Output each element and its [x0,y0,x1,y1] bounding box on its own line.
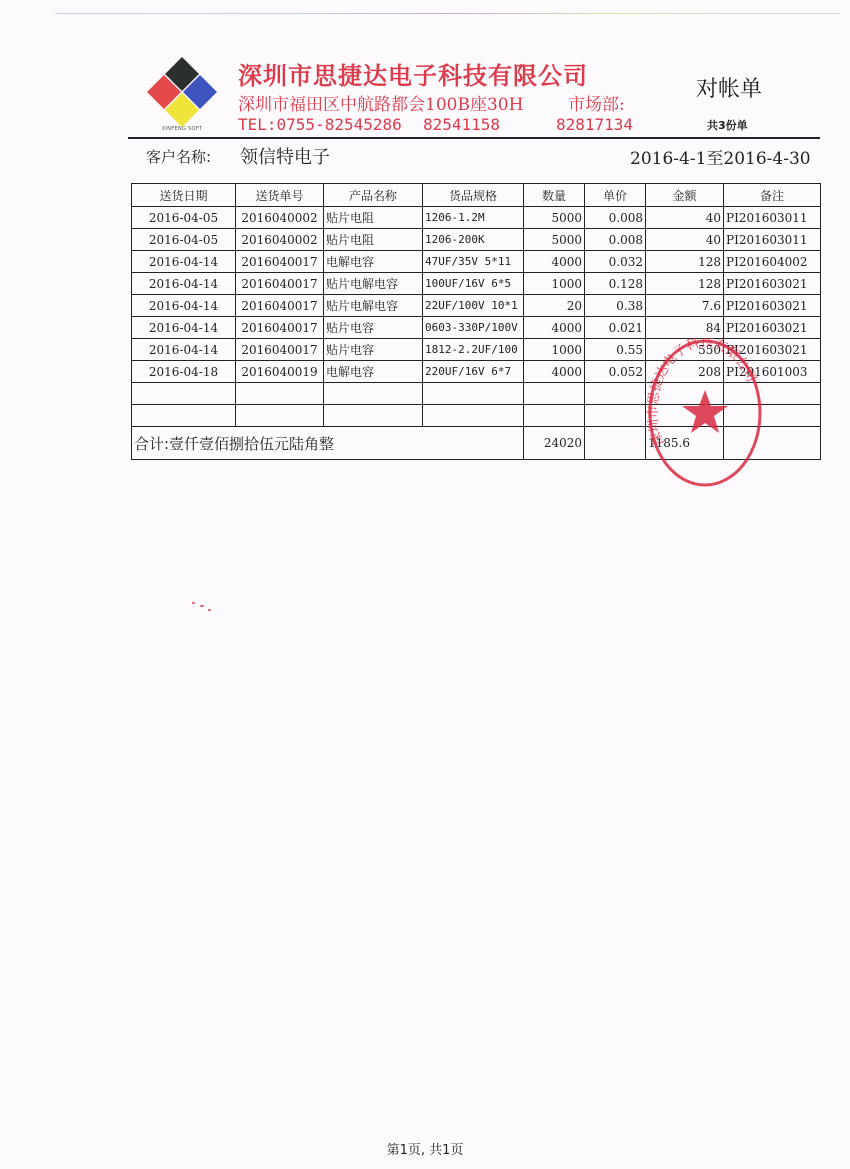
cell-date: 2016-04-14 [132,251,236,273]
cell-date [132,405,236,427]
cell-product: 贴片电容 [324,339,423,361]
scan-edge-line [55,13,840,14]
cell-qty [524,405,585,427]
cell-unit-price: 0.008 [585,207,646,229]
cell-unit-price: 0.55 [585,339,646,361]
copies-note: 共3份单 [707,117,748,133]
cell-date: 2016-04-18 [132,361,236,383]
cell-amount: 208 [646,361,724,383]
cell-date: 2016-04-14 [132,273,236,295]
cell-note: PI201604002 [724,251,821,273]
cell-spec [423,405,524,427]
cell-unit-price: 0.032 [585,251,646,273]
company-logo: XINFENG SOFT [148,58,216,133]
cell-qty: 5000 [524,229,585,251]
cell-unit-price [585,383,646,405]
cell-product: 贴片电解电容 [324,295,423,317]
col-header-qty: 数量 [524,184,585,207]
cell-amount: 550 [646,339,724,361]
table-row: 2016-04-142016040017电解电容47UF/35V 5*11400… [132,251,821,273]
cell-spec: 47UF/35V 5*11 [423,251,524,273]
cell-order-no: 2016040017 [236,273,324,295]
cell-product: 贴片电解电容 [324,273,423,295]
cell-note: PI201603021 [724,273,821,295]
market-dept-label: 市场部: [568,90,625,115]
logo-brand-text: XINFENG SOFT [148,126,216,132]
cell-unit-price: 0.021 [585,317,646,339]
cell-note: PI201603011 [724,229,821,251]
statement-date-range: 2016-4-1至2016-4-30 [630,144,811,169]
company-address: 深圳市福田区中航路都会100B座30H [238,90,523,115]
header-divider [128,137,820,139]
cell-product [324,405,423,427]
cell-unit-price: 0.128 [585,273,646,295]
table-row: 2016-04-052016040002贴片电阻1206-1.2M50000.0… [132,207,821,229]
tel-market: 82817134 [556,115,633,134]
cell-amount: 7.6 [646,295,724,317]
cell-qty: 4000 [524,251,585,273]
cell-date: 2016-04-05 [132,207,236,229]
cell-note [724,383,821,405]
cell-note: PI201603011 [724,207,821,229]
cell-date: 2016-04-05 [132,229,236,251]
total-note-empty [724,427,821,460]
cell-order-no: 2016040017 [236,251,324,273]
cell-order-no [236,405,324,427]
cell-amount: 40 [646,207,724,229]
cell-spec: 1206-1.2M [423,207,524,229]
col-header-date: 送货日期 [132,184,236,207]
cell-qty: 1000 [524,273,585,295]
total-amount: 1185.6 [646,427,724,460]
cell-product: 贴片电阻 [324,229,423,251]
table-row: 2016-04-142016040017贴片电解电容22UF/100V 10*1… [132,295,821,317]
cell-qty: 20 [524,295,585,317]
cell-qty: 5000 [524,207,585,229]
scan-speck [192,602,195,604]
cell-note: PI201601003 [724,361,821,383]
cell-date: 2016-04-14 [132,317,236,339]
table-header-row: 送货日期 送货单号 产品名称 货品规格 数量 单价 金额 备注 [132,184,821,207]
customer-label: 客户名称: [146,146,211,167]
cell-amount [646,383,724,405]
cell-amount [646,405,724,427]
cell-spec: 22UF/100V 10*1 [423,295,524,317]
table-row: 2016-04-142016040017贴片电解电容100UF/16V 6*51… [132,273,821,295]
cell-amount: 128 [646,251,724,273]
cell-order-no: 2016040019 [236,361,324,383]
cell-spec: 100UF/16V 6*5 [423,273,524,295]
table-row: 2016-04-052016040002贴片电阻1206-200K50000.0… [132,229,821,251]
col-header-order-no: 送货单号 [236,184,324,207]
cell-product: 贴片电阻 [324,207,423,229]
total-unit-price-empty [585,427,646,460]
tel-secondary: 82541158 [423,115,500,134]
document-title: 对帐单 [696,72,762,103]
cell-product: 电解电容 [324,361,423,383]
cell-date [132,383,236,405]
cell-spec: 220UF/16V 6*7 [423,361,524,383]
cell-note: PI201603021 [724,317,821,339]
total-qty: 24020 [524,427,585,460]
scan-speck [208,609,211,611]
cell-amount: 40 [646,229,724,251]
cell-order-no: 2016040017 [236,339,324,361]
cell-unit-price: 0.38 [585,295,646,317]
company-name: 深圳市思捷达电子科技有限公司 [238,56,588,91]
cell-spec [423,383,524,405]
cell-order-no: 2016040002 [236,229,324,251]
table-row [132,383,821,405]
statement-table: 送货日期 送货单号 产品名称 货品规格 数量 单价 金额 备注 2016-04-… [131,183,821,460]
cell-qty: 4000 [524,317,585,339]
col-header-product: 产品名称 [324,184,423,207]
cell-date: 2016-04-14 [132,295,236,317]
cell-spec: 0603-330P/100V [423,317,524,339]
cell-order-no: 2016040002 [236,207,324,229]
total-row: 合计:壹仟壹佰捌拾伍元陆角整 24020 1185.6 [132,427,821,460]
cell-qty: 1000 [524,339,585,361]
tel-primary: TEL:0755-82545286 [238,115,402,134]
scan-speck [200,605,204,607]
cell-order-no: 2016040017 [236,317,324,339]
table-row: 2016-04-182016040019电解电容220UF/16V 6*7400… [132,361,821,383]
total-amount-in-words: 合计:壹仟壹佰捌拾伍元陆角整 [132,427,524,460]
cell-note [724,405,821,427]
cell-unit-price: 0.008 [585,229,646,251]
cell-spec: 1812-2.2UF/100 [423,339,524,361]
cell-order-no: 2016040017 [236,295,324,317]
table-row: 2016-04-142016040017贴片电容1812-2.2UF/10010… [132,339,821,361]
cell-unit-price [585,405,646,427]
cell-spec: 1206-200K [423,229,524,251]
cell-note: PI201603021 [724,339,821,361]
page-footer: 第1页, 共1页 [0,1139,850,1158]
table-row: 2016-04-142016040017贴片电容0603-330P/100V40… [132,317,821,339]
cell-qty: 4000 [524,361,585,383]
col-header-unit-price: 单价 [585,184,646,207]
cell-product [324,383,423,405]
cell-amount: 128 [646,273,724,295]
col-header-note: 备注 [724,184,821,207]
col-header-amount: 金额 [646,184,724,207]
table-row [132,405,821,427]
cell-order-no [236,383,324,405]
cell-product: 电解电容 [324,251,423,273]
cell-product: 贴片电容 [324,317,423,339]
col-header-spec: 货品规格 [423,184,524,207]
cell-qty [524,383,585,405]
cell-unit-price: 0.052 [585,361,646,383]
cell-amount: 84 [646,317,724,339]
cell-note: PI201603021 [724,295,821,317]
cell-date: 2016-04-14 [132,339,236,361]
customer-name: 领信特电子 [240,143,330,169]
